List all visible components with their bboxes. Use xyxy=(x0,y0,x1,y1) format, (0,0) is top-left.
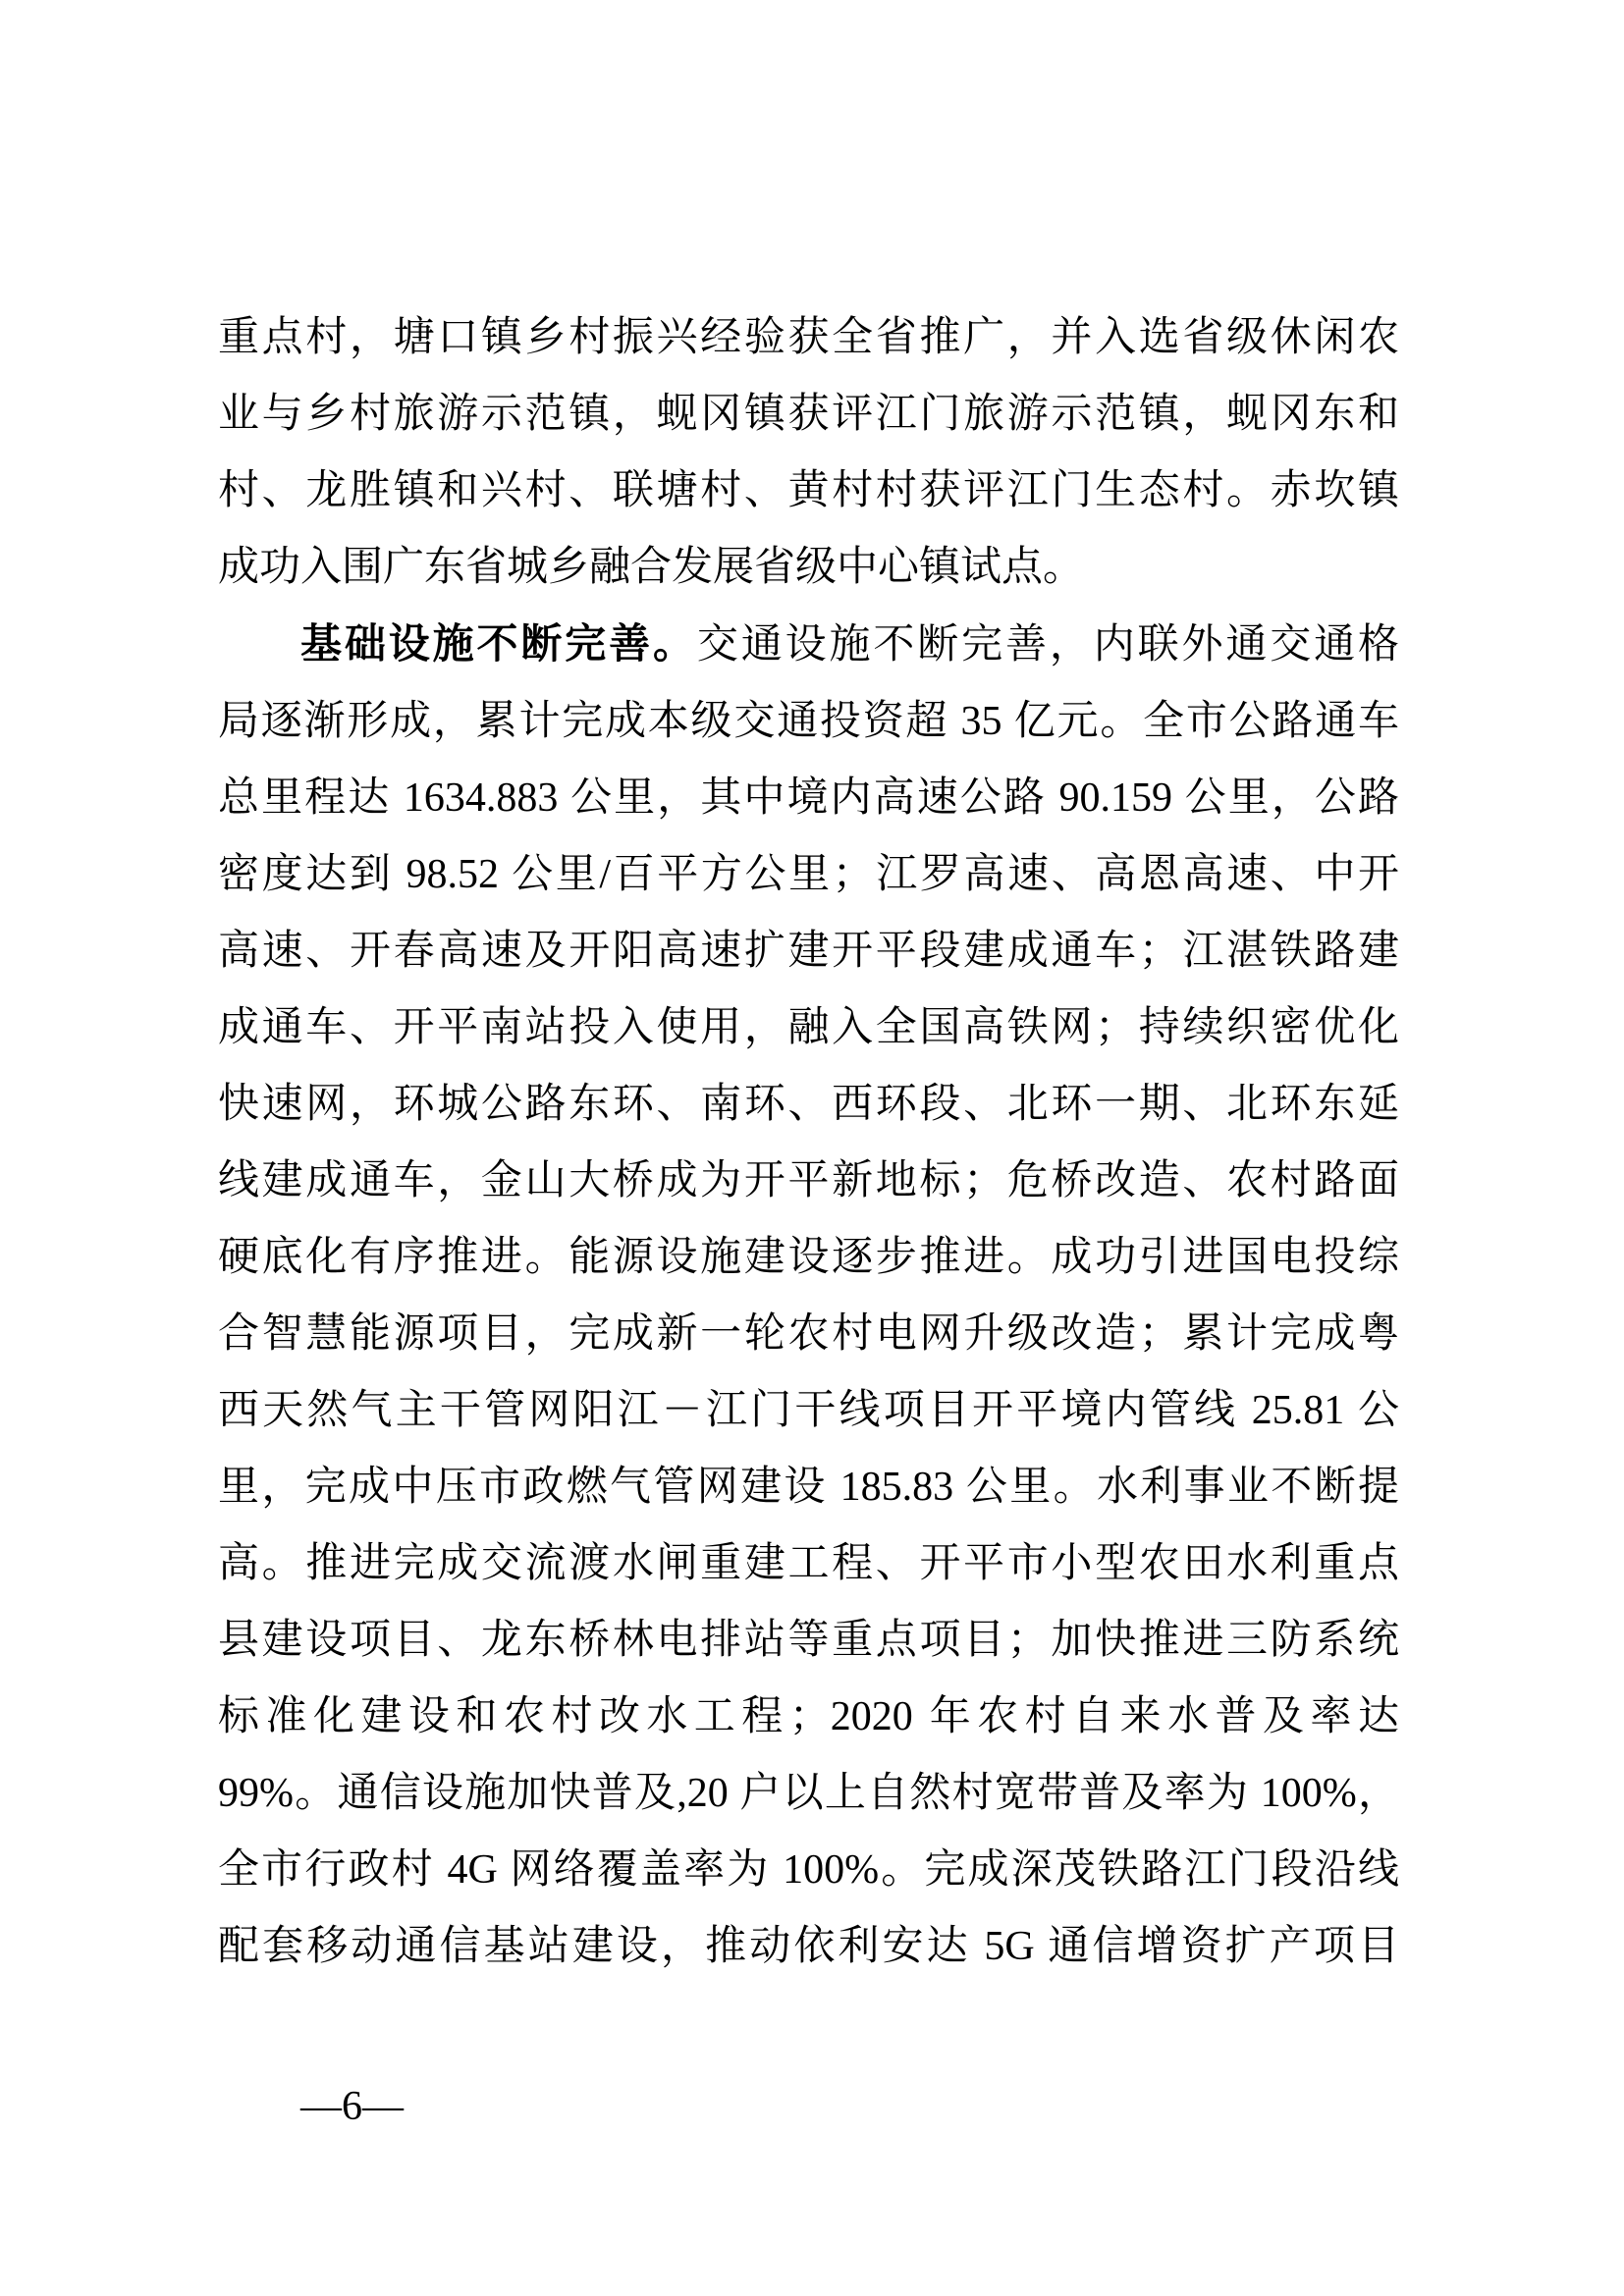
text-line: 西天然气主干管网阳江－江门干线项目开平境内管线 25.81 公 xyxy=(218,1372,1399,1449)
text-line: 线建成通车，金山大桥成为开平新地标；危桥改造、农村路面 xyxy=(218,1143,1399,1219)
text-line: 全市行政村 4G 网络覆盖率为 100%。完成深茂铁路江门段沿线 xyxy=(218,1832,1399,1908)
text-line: 合智慧能源项目，完成新一轮农村电网升级改造；累计完成粤 xyxy=(218,1296,1399,1372)
text-line: 局逐渐形成，累计完成本级交通投资超 35 亿元。全市公路通车 xyxy=(218,683,1399,760)
text-line: 业与乡村旅游示范镇，蚬冈镇获评江门旅游示范镇，蚬冈东和 xyxy=(218,376,1399,453)
text-line: 高速、开春高速及开阳高速扩建开平段建成通车；江湛铁路建 xyxy=(218,913,1399,989)
text-line: 硬底化有序推进。能源设施建设逐步推进。成功引进国电投综 xyxy=(218,1219,1399,1296)
text-line: 基础设施不断完善。交通设施不断完善，内联外通交通格 xyxy=(218,606,1399,683)
document-page: 重点村，塘口镇乡村振兴经验获全省推广，并入选省级休闲农 业与乡村旅游示范镇，蚬冈… xyxy=(0,0,1624,2296)
text-line: 快速网，环城公路东环、南环、西环段、北环一期、北环东延 xyxy=(218,1066,1399,1143)
text-line: 成功入围广东省城乡融合发展省级中心镇试点。 xyxy=(218,529,1399,606)
text-line: 重点村，塘口镇乡村振兴经验获全省推广，并入选省级休闲农 xyxy=(218,299,1399,376)
text-line: 配套移动通信基站建设，推动依利安达 5G 通信增资扩产项目 xyxy=(218,1908,1399,1985)
page-number: —6— xyxy=(300,2083,404,2130)
text-line: 标准化建设和农村改水工程；2020 年农村自来水普及率达 xyxy=(218,1679,1399,1755)
text-line: 总里程达 1634.883 公里，其中境内高速公路 90.159 公里，公路 xyxy=(218,760,1399,836)
text-line: 里，完成中压市政燃气管网建设 185.83 公里。水利事业不断提 xyxy=(218,1449,1399,1525)
text-line: 密度达到 98.52 公里/百平方公里；江罗高速、高恩高速、中开 xyxy=(218,836,1399,913)
text-line: 村、龙胜镇和兴村、联塘村、黄村村获评江门生态村。赤坎镇 xyxy=(218,453,1399,529)
text-line: 成通车、开平南站投入使用，融入全国高铁网；持续织密优化 xyxy=(218,989,1399,1066)
text-line: 县建设项目、龙东桥林电排站等重点项目；加快推进三防系统 xyxy=(218,1602,1399,1679)
section-heading: 基础设施不断完善。 xyxy=(300,620,697,667)
document-body: 重点村，塘口镇乡村振兴经验获全省推广，并入选省级休闲农 业与乡村旅游示范镇，蚬冈… xyxy=(218,299,1399,1985)
text-line: 高。推进完成交流渡水闸重建工程、开平市小型农田水利重点 xyxy=(218,1525,1399,1602)
text-run: 交通设施不断完善，内联外通交通格 xyxy=(697,622,1399,667)
text-line: 99%。通信设施加快普及,20 户以上自然村宽带普及率为 100%， xyxy=(218,1755,1399,1832)
